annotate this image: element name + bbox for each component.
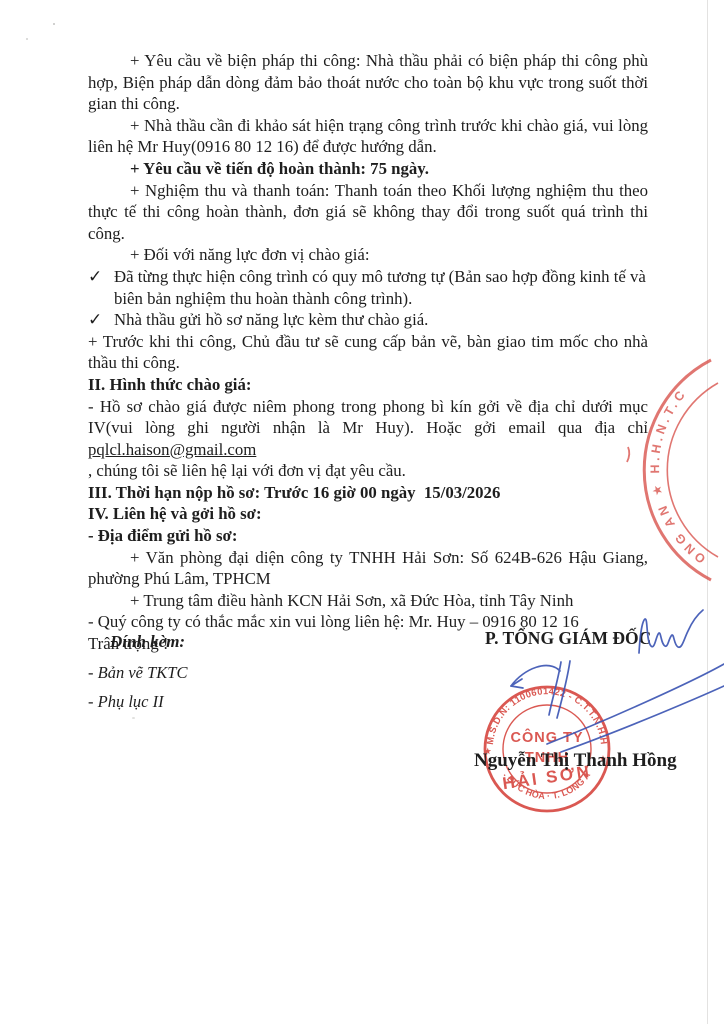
signer-name: Nguyễn Thị Thanh Hồng [474, 750, 677, 772]
svg-text:M.S.D.N: 1100601422 - C.T.T.N.: M.S.D.N: 1100601422 - C.T.T.N.H.H [485, 686, 609, 745]
paragraph-completion-deadline: + Yêu cầu về tiến độ hoàn thành: 75 ngày… [88, 158, 648, 180]
scan-page-edge-line [707, 0, 708, 1024]
check-item-profile: ✓Nhà thầu gửi hồ sơ năng lực kèm thư chà… [88, 309, 648, 331]
scanned-letter-page: + Yêu cầu về biện pháp thi công: Nhà thầ… [0, 0, 724, 1024]
subheading-delivery-address: - Địa điểm gửi hồ sơ: [88, 525, 648, 547]
check-item-text: Nhà thầu gửi hồ sơ năng lực kèm thư chào… [114, 310, 428, 329]
paragraph-submission-method: - Hồ sơ chào giá được niêm phong trong p… [88, 396, 648, 482]
svg-text:ONG AN ★ H.H.N.T.C: ONG AN ★ H.H.N.T.C [648, 386, 708, 566]
checkmark-icon: ✓ [88, 309, 114, 331]
signer-title: P. TỔNG GIÁM ĐỐC [485, 628, 651, 649]
stamp-company-type-1: CÔNG TY [510, 728, 583, 746]
signature-stroke-vertical-2 [557, 661, 570, 718]
paragraph-site-survey: + Nhà thầu cần đi khảo sát hiện trạng cô… [88, 115, 648, 158]
signature-arrowhead [511, 679, 523, 688]
email-link[interactable]: pqlcl.haison@gmail.com [88, 440, 256, 459]
paragraph-drawings-handover: + Trước khi thi công, Chủ đầu tư sẽ cung… [88, 331, 648, 374]
paragraph-capability-intro: + Đối với năng lực đơn vị chào giá: [88, 244, 648, 266]
submission-text-before-email: - Hồ sơ chào giá được niêm phong trong p… [88, 397, 648, 438]
attachment-item-appendix: - Phụ lục II [88, 692, 164, 712]
letter-body: + Yêu cầu về biện pháp thi công: Nhà thầ… [88, 50, 648, 655]
deadline-time: Trước 16 giờ 00 ngày [260, 483, 424, 502]
scan-speck [26, 38, 28, 40]
section-heading-3-deadline: III. Thời hạn nộp hồ sơ: Trước 16 giờ 00… [88, 482, 648, 504]
check-item-text: Đã từng thực hiện công trình có quy mô t… [114, 267, 646, 308]
edge-stamp-arc-text: ONG AN ★ H.H.N.T.C [648, 386, 708, 566]
attachment-item-drawings: - Bản vẽ TKTC [88, 663, 187, 683]
paragraph-construction-method: + Yêu cầu về biện pháp thi công: Nhà thầ… [88, 50, 648, 115]
signature-arrow-curl [511, 666, 560, 686]
checkmark-icon: ✓ [88, 266, 114, 288]
deadline-date: 15/03/2026 [424, 483, 500, 502]
check-item-experience: ✓Đã từng thực hiện công trình có quy mô … [88, 266, 648, 309]
signature-long-stroke-1 [547, 664, 724, 744]
section-heading-4: IV. Liên hệ và gởi hồ sơ: [88, 503, 648, 525]
paragraph-office-address: + Văn phòng đại diện công ty TNHH Hải Sơ… [88, 547, 648, 590]
signature-long-stroke-2 [561, 686, 724, 752]
signature-stroke-vertical-1 [549, 662, 561, 715]
attachments-label: Đính kèm: [110, 632, 185, 652]
paragraph-acceptance-payment: + Nghiệm thu và thanh toán: Thanh toán t… [88, 180, 648, 245]
paragraph-operations-center: + Trung tâm điều hành KCN Hải Sơn, xã Đứ… [88, 590, 648, 612]
section-heading-2: II. Hình thức chào giá: [88, 374, 648, 396]
deadline-label: III. Thời hạn nộp hồ sơ: [88, 483, 260, 502]
stamp-ring-top-text: M.S.D.N: 1100601422 - C.T.T.N.H.H [485, 686, 609, 745]
scan-speck [132, 717, 135, 719]
submission-text-after-email: , chúng tôi sẽ liên hệ lại với đơn vị đạ… [88, 461, 406, 480]
scan-speck [53, 23, 55, 25]
